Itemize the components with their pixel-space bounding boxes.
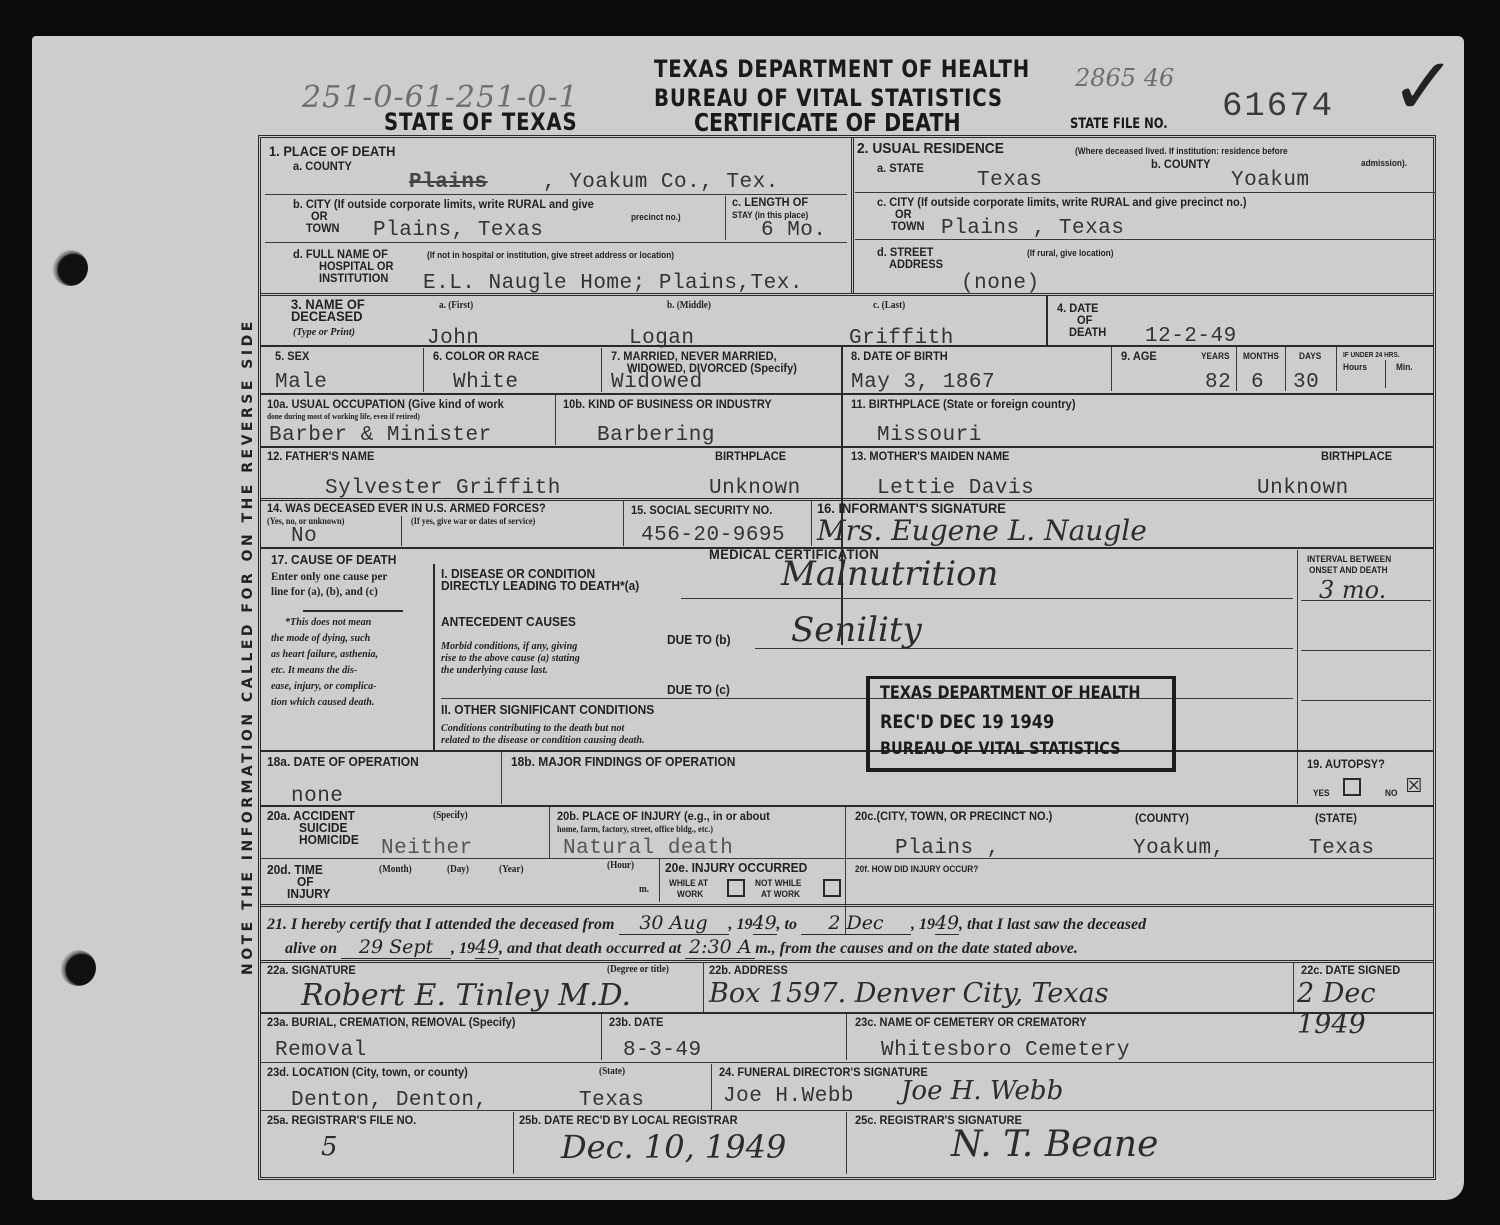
date-signed-value: 2 Dec 1949 bbox=[1297, 978, 1433, 1040]
not-at-work-label: NOT WHILE bbox=[755, 878, 801, 888]
operation-date-label: 18a. DATE OF OPERATION bbox=[267, 756, 419, 768]
interval-label: INTERVAL BETWEEN bbox=[1307, 554, 1391, 564]
injury-day-label: (Day) bbox=[447, 864, 469, 875]
age-months-value: 6 bbox=[1251, 372, 1264, 394]
stay-value: 6 Mo. bbox=[761, 220, 827, 242]
morbid-note-0: Morbid conditions, if any, giving bbox=[441, 640, 577, 652]
city-label-2: precinct no.) bbox=[631, 212, 681, 222]
death-time: 2:30 A bbox=[685, 936, 755, 959]
location-value: Denton, Denton, bbox=[291, 1090, 488, 1112]
last-name-label: c. (Last) bbox=[873, 300, 905, 311]
date-of-death-label-3: DEATH bbox=[1069, 326, 1106, 338]
res-state-value: Texas bbox=[977, 170, 1043, 192]
funeral-director-label: 24. FUNERAL DIRECTOR'S SIGNATURE bbox=[719, 1066, 928, 1078]
res-city-label: c. CITY (If outside corporate limits, wr… bbox=[877, 196, 1246, 208]
physician-address: Box 1597. Denver City, Texas bbox=[709, 978, 1109, 1009]
last-seen-year: 49 bbox=[475, 936, 499, 959]
state-file-no-label: STATE FILE NO. bbox=[1070, 116, 1168, 132]
usual-residence-note: (Where deceased lived. If institution: r… bbox=[1075, 146, 1288, 156]
last-seen-alive: 29 Sept bbox=[341, 936, 451, 959]
side-note: NOTE THE INFORMATION CALLED FOR ON THE R… bbox=[240, 318, 256, 975]
attended-from: 30 Aug bbox=[619, 912, 729, 935]
race-value: White bbox=[453, 372, 519, 394]
physician-signature: Robert E. Tinley M.D. bbox=[301, 978, 631, 1013]
header-state: STATE OF TEXAS bbox=[384, 108, 577, 136]
burial-date-value: 8-3-49 bbox=[623, 1040, 702, 1062]
industry-value: Barbering bbox=[597, 425, 715, 447]
informant-label: 16. INFORMANT'S SIGNATURE bbox=[817, 502, 1006, 514]
hospital-note: (If not in hospital or institution, give… bbox=[427, 250, 674, 260]
antecedent-label: ANTECEDENT CAUSES bbox=[441, 616, 576, 628]
other-note-0: Conditions contributing to the death but… bbox=[441, 722, 624, 734]
injury-type-label-3: HOMICIDE bbox=[299, 834, 359, 846]
injury-place-value: Natural death bbox=[563, 838, 733, 860]
autopsy-yes-label: YES bbox=[1313, 788, 1330, 798]
city-value: Plains, Texas bbox=[373, 220, 543, 242]
birth-date-label: 8. DATE OF BIRTH bbox=[851, 350, 948, 362]
county-label: a. COUNTY bbox=[293, 160, 352, 172]
res-state-label: a. STATE bbox=[877, 162, 924, 174]
birthplace-label: 11. BIRTHPLACE (State or foreign country… bbox=[851, 398, 1076, 410]
stamp-line-2: REC'D DEC 19 1949 bbox=[880, 711, 1054, 733]
physician-address-label: 22b. ADDRESS bbox=[709, 964, 788, 976]
cause-label: 17. CAUSE OF DEATH bbox=[271, 554, 396, 566]
at-work-label: WHILE AT bbox=[669, 878, 708, 888]
hours-label: Hours bbox=[1343, 362, 1367, 372]
county-struck-value: Plains bbox=[409, 172, 488, 194]
cause-b-value: Senility bbox=[791, 610, 922, 650]
not-at-work-label-2: AT WORK bbox=[761, 889, 800, 899]
certificate-form: 1. PLACE OF DEATH a. COUNTY Plains , Yoa… bbox=[258, 135, 1436, 1180]
armed-forces-label: 14. WAS DECEASED EVER IN U.S. ARMED FORC… bbox=[267, 502, 546, 514]
cause-note-2: as heart failure, asthenia, bbox=[271, 648, 378, 660]
date-signed-label: 22c. DATE SIGNED bbox=[1301, 964, 1400, 976]
degree-label: (Degree or title) bbox=[607, 964, 669, 975]
birth-date-value: May 3, 1867 bbox=[851, 372, 995, 394]
res-street-note: (If rural, give location) bbox=[1027, 248, 1113, 258]
state-file-no: 61674 bbox=[1222, 96, 1334, 118]
punch-hole-top bbox=[52, 250, 88, 286]
how-injury-label: 20f. HOW DID INJURY OCCUR? bbox=[855, 864, 978, 874]
morbid-note-2: the underlying cause last. bbox=[441, 664, 548, 676]
pencil-note-right: 2865 46 bbox=[1075, 64, 1174, 92]
divider bbox=[851, 138, 854, 293]
funeral-director-signature: Joe H. Webb bbox=[901, 1076, 1063, 1106]
father-value: Sylvester Griffith bbox=[325, 478, 561, 500]
cause-note-0: *This does not mean bbox=[285, 616, 371, 628]
armed-forces-value: No bbox=[291, 526, 317, 548]
received-stamp: TEXAS DEPARTMENT OF HEALTH REC'D DEC 19 … bbox=[866, 676, 1176, 772]
burial-label: 23a. BURIAL, CREMATION, REMOVAL (Specify… bbox=[267, 1016, 515, 1028]
age-days-label: DAYS bbox=[1299, 351, 1321, 361]
race-label: 6. COLOR OR RACE bbox=[433, 350, 539, 362]
injury-specify: (Specify) bbox=[433, 810, 468, 821]
at-work-label-2: WORK bbox=[677, 889, 703, 899]
father-label: 12. FATHER'S NAME bbox=[267, 450, 374, 462]
stamp-line-1: TEXAS DEPARTMENT OF HEALTH bbox=[880, 683, 1140, 703]
injury-city-value: Plains , bbox=[895, 838, 1000, 860]
city-label: b. CITY (If outside corporate limits, wr… bbox=[293, 198, 594, 210]
injury-county-label: (COUNTY) bbox=[1135, 812, 1189, 824]
injury-type-value: Neither bbox=[381, 838, 473, 860]
injury-m-label: m. bbox=[639, 884, 649, 895]
injury-place-label: 20b. PLACE OF INJURY (e.g., in or about bbox=[557, 810, 770, 822]
ssn-label: 15. SOCIAL SECURITY NO. bbox=[631, 504, 772, 516]
cause-instr-1: Enter only one cause per bbox=[271, 570, 387, 583]
autopsy-yes-checkbox[interactable] bbox=[1343, 778, 1361, 796]
cemetery-value: Whitesboro Cemetery bbox=[881, 1040, 1130, 1062]
father-birthplace-value: Unknown bbox=[709, 478, 801, 500]
stamp-line-3: BUREAU OF VITAL STATISTICS bbox=[880, 739, 1121, 759]
sex-value: Male bbox=[275, 372, 327, 394]
registrar-date-value: Dec. 10, 1949 bbox=[561, 1128, 786, 1166]
injury-location-label: 20c.(CITY, TOWN, OR PRECINCT NO.) bbox=[855, 810, 1052, 822]
stay-label: c. LENGTH OF bbox=[732, 196, 808, 208]
other-conditions-label: II. OTHER SIGNIFICANT CONDITIONS bbox=[441, 704, 654, 716]
age-years-label: YEARS bbox=[1201, 351, 1230, 361]
sex-label: 5. SEX bbox=[275, 350, 309, 362]
certification-line-1: 21. I hereby certify that I attended the… bbox=[267, 912, 1146, 935]
father-birthplace-label: BIRTHPLACE bbox=[715, 450, 786, 462]
age-months-label: MONTHS bbox=[1243, 351, 1279, 361]
res-city-town: TOWN bbox=[891, 220, 925, 232]
marital-value: Widowed bbox=[611, 372, 703, 394]
res-street-label-2: ADDRESS bbox=[889, 258, 943, 270]
occupation-value: Barber & Minister bbox=[269, 425, 492, 447]
attended-from-year: 49 bbox=[753, 912, 777, 935]
injury-place-label-2: home, farm, factory, street, office bldg… bbox=[557, 824, 713, 835]
res-street-value: (none) bbox=[961, 273, 1040, 295]
injury-state-value: Texas bbox=[1309, 838, 1375, 860]
cause-note-3: etc. It means the dis- bbox=[271, 664, 357, 676]
operation-findings-label: 18b. MAJOR FINDINGS OF OPERATION bbox=[511, 756, 735, 768]
due-to-b-label: DUE TO (b) bbox=[667, 634, 731, 646]
injury-year-label: (Year) bbox=[499, 864, 524, 875]
cause-note-5: tion which caused death. bbox=[271, 696, 374, 708]
location-state-value: Texas bbox=[579, 1090, 645, 1112]
injury-time-label: 20d. TIME bbox=[267, 864, 323, 876]
cause-a-value: Malnutrition bbox=[781, 554, 998, 594]
industry-label: 10b. KIND OF BUSINESS OR INDUSTRY bbox=[563, 398, 772, 410]
registrar-file-label: 25a. REGISTRAR'S FILE NO. bbox=[267, 1114, 416, 1126]
attended-to-year: 49 bbox=[935, 912, 959, 935]
autopsy-no-checkbox[interactable]: ☒ bbox=[1405, 778, 1423, 796]
name-label-3: (Type or Print) bbox=[293, 326, 355, 338]
registrar-signature: N. T. Beane bbox=[951, 1124, 1158, 1165]
injury-time-label-3: INJURY bbox=[287, 888, 330, 900]
injury-hour-label: (Hour) bbox=[607, 860, 634, 871]
name-label-2: DECEASED bbox=[291, 310, 363, 322]
cause-instr-2: line for (a), (b), and (c) bbox=[271, 585, 378, 598]
mother-birthplace-label: BIRTHPLACE bbox=[1321, 450, 1392, 462]
under-24-label: IF UNDER 24 HRS. bbox=[1343, 351, 1400, 361]
middle-name-label: b. (Middle) bbox=[667, 300, 711, 311]
cause-note-1: the mode of dying, such bbox=[271, 632, 370, 644]
mother-value: Lettie Davis bbox=[877, 478, 1034, 500]
min-label: Min. bbox=[1396, 362, 1413, 372]
age-days-value: 30 bbox=[1293, 372, 1319, 394]
attended-to: 2 Dec bbox=[801, 912, 911, 935]
first-name-label: a. (First) bbox=[439, 300, 473, 311]
mother-label: 13. MOTHER'S MAIDEN NAME bbox=[851, 450, 1009, 462]
injury-county-value: Yoakum, bbox=[1133, 838, 1225, 860]
at-work-checkbox[interactable] bbox=[727, 879, 745, 897]
cemetery-label: 23c. NAME OF CEMETERY OR CREMATORY bbox=[855, 1016, 1087, 1028]
certification-line-2: alive on 29 Sept, 1949, and that death o… bbox=[285, 936, 1078, 959]
usual-residence-note-2: admission). bbox=[1361, 158, 1407, 168]
res-city-value: Plains , Texas bbox=[941, 218, 1124, 240]
injury-state-label: (STATE) bbox=[1315, 812, 1357, 824]
place-of-death-label: 1. PLACE OF DEATH bbox=[269, 145, 395, 157]
city-town: TOWN bbox=[306, 222, 340, 234]
checkmark-icon: ✓ bbox=[1390, 40, 1457, 133]
county-value: , Yoakum Co., Tex. bbox=[543, 172, 779, 194]
not-at-work-checkbox[interactable] bbox=[823, 879, 841, 897]
mother-birthplace-value: Unknown bbox=[1257, 478, 1349, 500]
funeral-director-typed: Joe H.Webb bbox=[723, 1086, 854, 1108]
certificate-title: CERTIFICATE OF DEATH bbox=[694, 108, 961, 137]
res-county-label: b. COUNTY bbox=[1151, 158, 1210, 170]
injury-occurred-label: 20e. INJURY OCCURRED bbox=[665, 862, 807, 874]
hospital-label-3: INSTITUTION bbox=[319, 272, 388, 284]
age-label: 9. AGE bbox=[1121, 350, 1157, 362]
registrar-date-label: 25b. DATE REC'D BY LOCAL REGISTRAR bbox=[519, 1114, 738, 1126]
res-county-value: Yoakum bbox=[1231, 170, 1310, 192]
other-note-1: related to the disease or condition caus… bbox=[441, 734, 645, 746]
informant-signature: Mrs. Eugene L. Naugle bbox=[817, 514, 1147, 547]
cause-note-4: ease, injury, or complica- bbox=[271, 680, 377, 692]
registrar-file-value: 5 bbox=[321, 1132, 338, 1162]
burial-date-label: 23b. DATE bbox=[609, 1016, 663, 1028]
usual-residence-label: 2. USUAL RESIDENCE bbox=[857, 143, 1004, 155]
occupation-label: 10a. USUAL OCCUPATION (Give kind of work bbox=[267, 398, 504, 410]
location-state-label: (State) bbox=[599, 1066, 625, 1077]
injury-month-label: (Month) bbox=[379, 864, 412, 875]
occupation-label-2: done during most of working life, even i… bbox=[267, 411, 420, 422]
autopsy-no-label: NO bbox=[1385, 788, 1397, 798]
location-label: 23d. LOCATION (City, town, or county) bbox=[267, 1066, 468, 1078]
disease-label-2: DIRECTLY LEADING TO DEATH*(a) bbox=[441, 580, 639, 592]
due-to-c-label: DUE TO (c) bbox=[667, 684, 730, 696]
morbid-note-1: rise to the above cause (a) stating bbox=[441, 652, 580, 664]
birthplace-value: Missouri bbox=[877, 425, 982, 447]
header-dept: TEXAS DEPARTMENT OF HEALTH bbox=[654, 55, 1030, 83]
physician-signature-label: 22a. SIGNATURE bbox=[267, 964, 356, 976]
burial-value: Removal bbox=[275, 1040, 367, 1062]
autopsy-label: 19. AUTOPSY? bbox=[1307, 758, 1385, 770]
punch-hole-bottom bbox=[60, 950, 96, 986]
hospital-value: E.L. Naugle Home; Plains,Tex. bbox=[423, 273, 803, 295]
age-years-value: 82 bbox=[1205, 372, 1231, 394]
armed-forces-sub2: (If yes, give war or dates of service) bbox=[411, 516, 535, 527]
ssn-value: 456-20-9695 bbox=[641, 525, 785, 547]
interval-label-2: ONSET AND DEATH bbox=[1309, 565, 1388, 575]
